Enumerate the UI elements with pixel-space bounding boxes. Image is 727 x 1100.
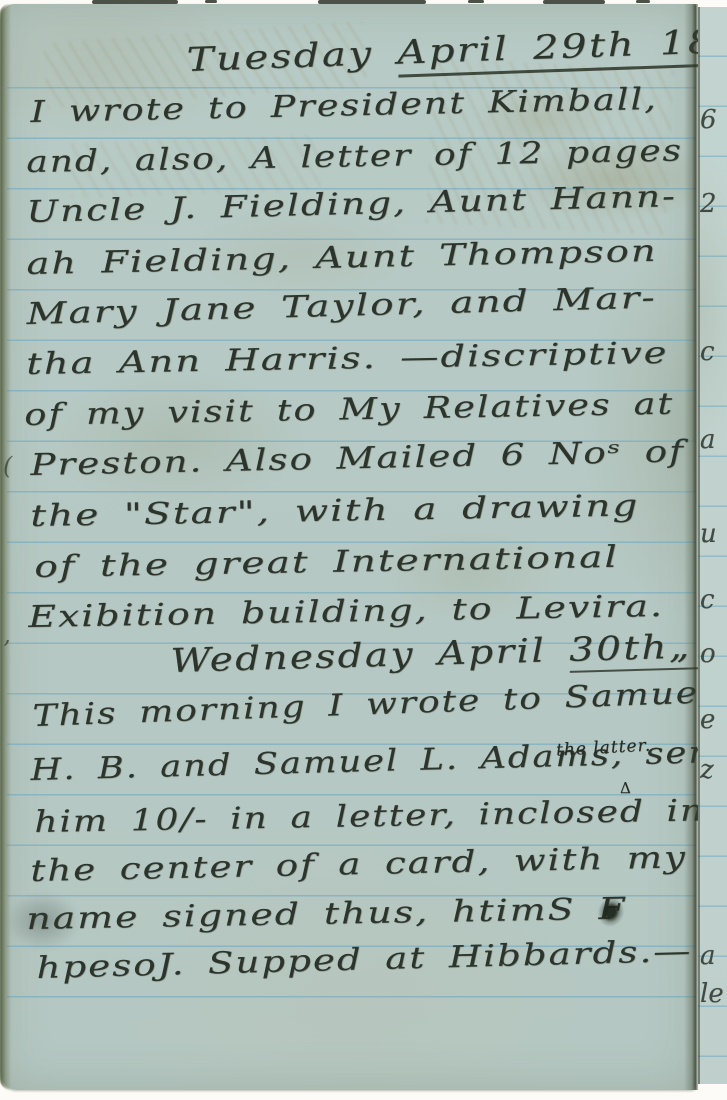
diary-text-line: Mary Jane Taylor, and Mar- [26, 280, 657, 331]
binding-mark [468, 0, 484, 3]
binding-mark [636, 0, 650, 3]
entry-date-heading: Tuesday April 29th 1862 [186, 20, 727, 79]
adjacent-page-sliver: 6 2 c a u c o e z a le [698, 7, 727, 1084]
diary-text-line: Uncle J. Fielding, Aunt Hann- [26, 179, 677, 230]
clipped-handwriting-fragment: e [700, 705, 715, 735]
diary-text-line: I wrote to President Kimball, [30, 82, 658, 130]
entry-date-heading: Wednesday April 30th„ 62 [170, 624, 727, 680]
clipped-handwriting-fragment: o [700, 639, 716, 669]
heading-day: Wednesday April [170, 630, 570, 680]
page-fold-shadow [684, 4, 698, 1090]
clipped-handwriting-fragment: u [700, 519, 717, 549]
clipped-handwriting-fragment: a [700, 941, 716, 971]
diary-text-line: This morning I wrote to Samuel [32, 675, 713, 734]
clipped-handwriting-fragment: c [700, 585, 715, 615]
clipped-handwriting-fragment: le [700, 979, 724, 1009]
diary-text-line: and, also, A letter of 12 pages to [26, 132, 727, 180]
diary-text-line: hpesoJ. Supped at Hibbards.— [36, 934, 693, 986]
diary-text-line: him 10/- in a letter, inclosed in [34, 793, 705, 840]
insertion-caret: Δ [620, 779, 631, 797]
diary-text-line: Exibition building, to Levira. [28, 589, 664, 635]
diary-text-line: Preston. Also Mailed 6 Noˢ of [30, 434, 685, 483]
diary-text-line: tha Ann Harris. —discriptive [26, 336, 669, 382]
handwriting-layer: Tuesday April 29th 1862 I wrote to Presi… [0, 4, 696, 1090]
clipped-handwriting-fragment: z [700, 755, 714, 785]
clipped-handwriting-fragment: 2 [700, 189, 717, 219]
diary-text-line: of the great International [34, 540, 619, 585]
heading-day: Tuesday [186, 33, 398, 79]
binding-mark [205, 0, 217, 3]
clipped-handwriting-fragment: 6 [700, 105, 717, 135]
diary-text-line: the "Star", with a drawing [30, 488, 640, 534]
diary-text-line: of my visit to My Relatives at [24, 387, 674, 433]
clipped-handwriting-fragment: c [700, 337, 715, 367]
diary-text-line: the center of a card, with my [30, 840, 687, 889]
clipped-handwriting-fragment: a [700, 425, 716, 455]
heading-date-underlined: April 29th 1862 [397, 20, 727, 78]
stray-stroke: ʼ [2, 636, 10, 664]
stray-stroke: ( [3, 452, 12, 480]
diary-page: Tuesday April 29th 1862 I wrote to Presi… [0, 4, 696, 1090]
diary-text-line: ah Fielding, Aunt Thompson [26, 234, 658, 282]
diary-text-line: name signed thus, htimS F [26, 892, 627, 937]
diary-page-scan: Tuesday April 29th 1862 I wrote to Presi… [0, 0, 727, 1100]
